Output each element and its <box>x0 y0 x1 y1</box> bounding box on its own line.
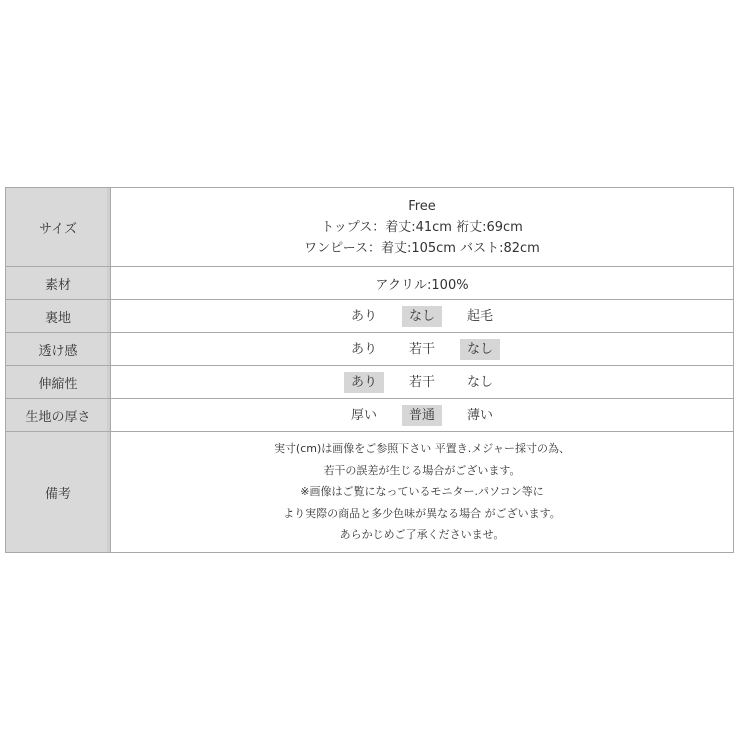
value-size: Free トップス：着丈:41cm 裄丈:69cm ワンピース：着丈:105cm… <box>111 188 734 267</box>
thickness-options: 厚い 普通 薄い <box>111 405 733 426</box>
option-sheerness-yes: あり <box>344 339 384 360</box>
option-lining-yes: あり <box>344 306 384 327</box>
note-line-1: 実寸(cm)は画像をご参照下さい 平置き.メジャー採寸の為、 <box>111 438 733 460</box>
product-spec-table: サイズ Free トップス：着丈:41cm 裄丈:69cm ワンピース：着丈:1… <box>5 187 734 553</box>
label-sheerness: 透け感 <box>6 333 111 366</box>
row-stretch: 伸縮性 あり 若干 なし <box>6 366 734 399</box>
label-size: サイズ <box>6 188 111 267</box>
value-notes: 実寸(cm)は画像をご参照下さい 平置き.メジャー採寸の為、 若干の誤差が生じる… <box>111 432 734 553</box>
label-thickness: 生地の厚さ <box>6 399 111 432</box>
option-lining-none-selected: なし <box>402 306 442 327</box>
option-stretch-yes-selected: あり <box>344 372 384 393</box>
label-lining: 裏地 <box>6 300 111 333</box>
label-material: 素材 <box>6 267 111 300</box>
stretch-options: あり 若干 なし <box>111 372 733 393</box>
note-line-4: より実際の商品と多少色味が異なる場合 がございます。 <box>111 503 733 525</box>
size-tops: トップス：着丈:41cm 裄丈:69cm <box>111 217 733 238</box>
option-stretch-slight: 若干 <box>402 372 442 393</box>
option-stretch-none: なし <box>460 372 500 393</box>
note-line-3: ※画像はご覧になっているモニター.パソコン等に <box>111 481 733 503</box>
row-thickness: 生地の厚さ 厚い 普通 薄い <box>6 399 734 432</box>
row-sheerness: 透け感 あり 若干 なし <box>6 333 734 366</box>
row-notes: 備考 実寸(cm)は画像をご参照下さい 平置き.メジャー採寸の為、 若干の誤差が… <box>6 432 734 553</box>
row-size: サイズ Free トップス：着丈:41cm 裄丈:69cm ワンピース：着丈:1… <box>6 188 734 267</box>
row-material: 素材 アクリル:100% <box>6 267 734 300</box>
option-lining-brushed: 起毛 <box>460 306 500 327</box>
sheerness-options: あり 若干 なし <box>111 339 733 360</box>
note-line-5: あらかじめご了承くださいませ。 <box>111 524 733 546</box>
option-sheerness-slight: 若干 <box>402 339 442 360</box>
row-lining: 裏地 あり なし 起毛 <box>6 300 734 333</box>
option-thickness-normal-selected: 普通 <box>402 405 442 426</box>
lining-options: あり なし 起毛 <box>111 306 733 327</box>
label-stretch: 伸縮性 <box>6 366 111 399</box>
size-free: Free <box>111 196 733 217</box>
size-onepiece: ワンピース：着丈:105cm バスト:82cm <box>111 238 733 259</box>
option-thickness-thick: 厚い <box>344 405 384 426</box>
value-material: アクリル:100% <box>111 267 734 300</box>
note-line-2: 若干の誤差が生じる場合がございます。 <box>111 460 733 482</box>
option-sheerness-none-selected: なし <box>460 339 500 360</box>
option-thickness-thin: 薄い <box>460 405 500 426</box>
label-notes: 備考 <box>6 432 111 553</box>
